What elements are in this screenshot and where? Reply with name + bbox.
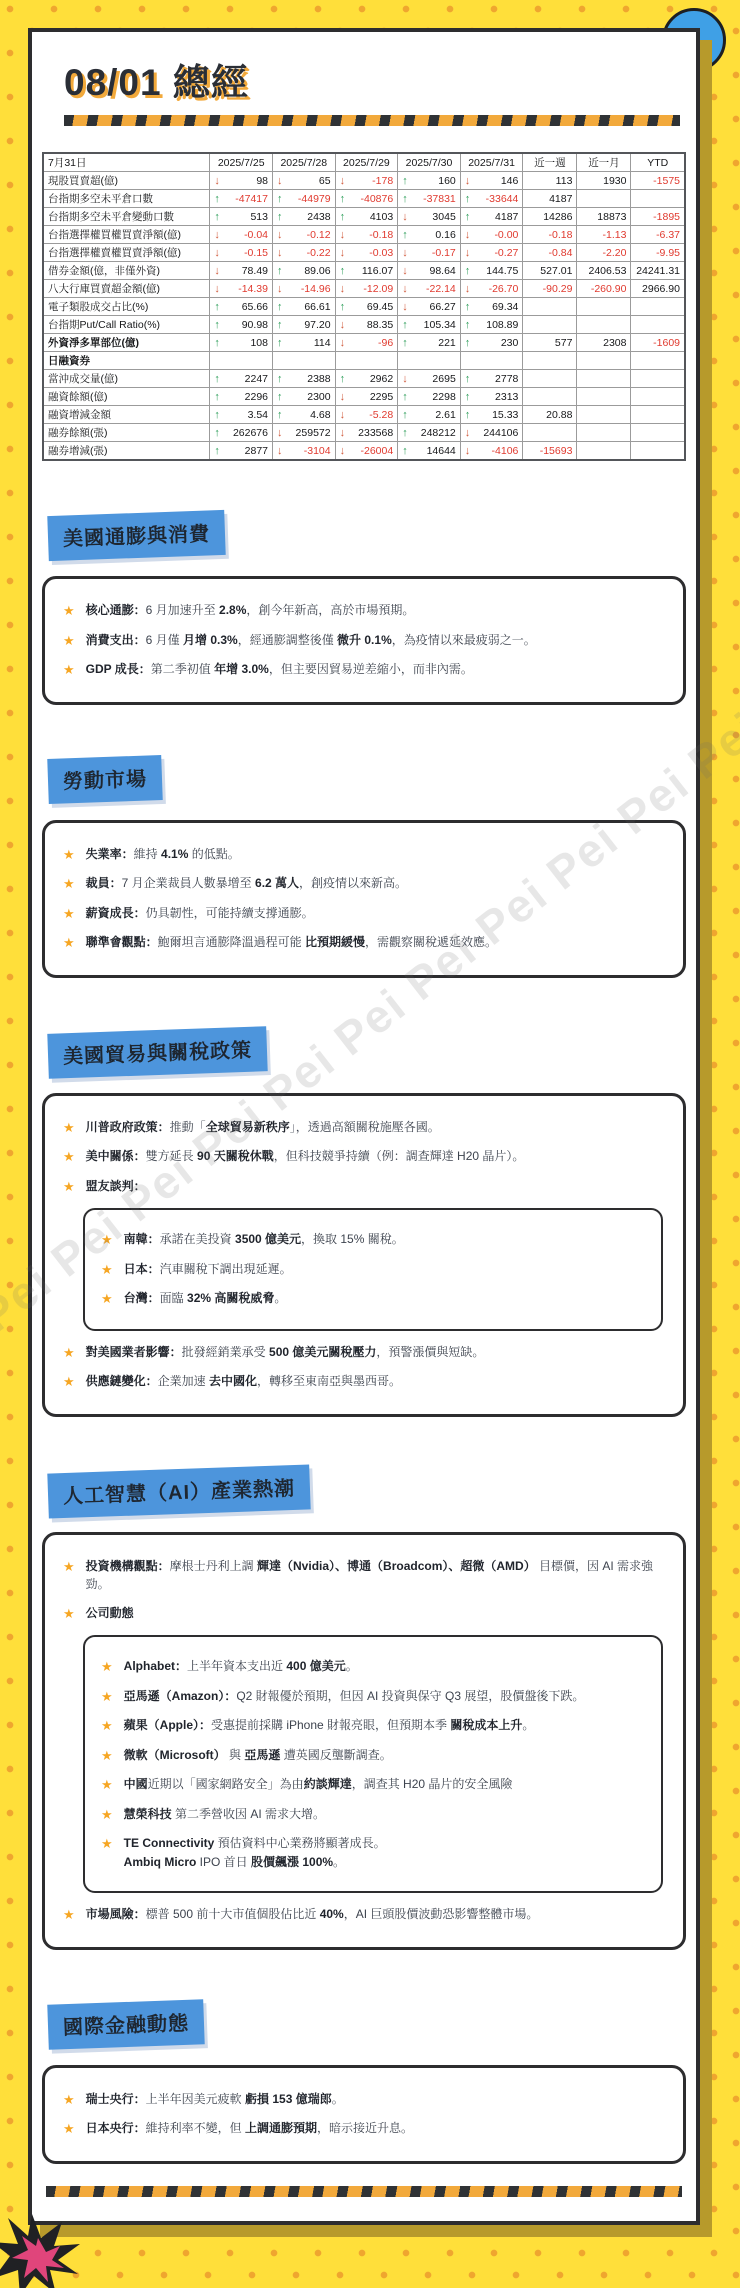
daily-cell-content: ↓-0.00 (465, 229, 519, 241)
daily-value: 15.33 (492, 409, 518, 421)
daily-value: 262676 (233, 427, 268, 439)
bold-text: 川普政府政策： (86, 1120, 170, 1134)
bold-text: 90 天關稅休戰 (197, 1149, 274, 1163)
row-label: 台指選擇權買權買賣淨額(億) (43, 226, 210, 244)
daily-cell-content: ↓98 (214, 175, 268, 187)
summary-value (631, 352, 685, 370)
daily-value: 2778 (495, 373, 518, 385)
daily-value: 108 (250, 337, 268, 349)
plain-text: 7 月企業裁員人數暴增至 (122, 876, 255, 890)
bold-text: TE Connectivity (124, 1836, 215, 1850)
up-arrow-icon: ↑ (340, 193, 346, 205)
summary-value: 2966.90 (631, 280, 685, 298)
daily-cell-content: ↑221 (402, 337, 456, 349)
summary-value (523, 298, 577, 316)
daily-cell (210, 352, 273, 370)
down-arrow-icon: ↓ (402, 373, 408, 385)
plain-text: 承諾在美投資 (160, 1232, 235, 1246)
bold-text: 投資機構觀點： (86, 1559, 170, 1573)
summary-value (631, 190, 685, 208)
bold-text: 供應鏈變化： (86, 1374, 158, 1388)
plain-text: 第二季營收因 AI 需求大增。 (172, 1807, 325, 1821)
list-item: ★日本央行：維持利率不變，但 上調通膨預期，暗示接近升息。 (63, 2119, 665, 2139)
down-arrow-icon: ↓ (465, 445, 471, 457)
section-title: 勞動市場 (47, 755, 163, 804)
plain-text: 。 (274, 1291, 286, 1305)
row-label: 台指選擇權賣權買賣淨額(億) (43, 244, 210, 262)
daily-cell-content: ↑3.54 (214, 409, 268, 421)
daily-cell-content: ↑-44979 (277, 193, 331, 205)
daily-cell-content: ↓2695 (402, 373, 456, 385)
bold-text: 公司動態 (86, 1606, 134, 1620)
list-item: ★美中關係：雙方延長 90 天關稅休戰，但科技競爭持續（例：調查輝達 H20 晶… (63, 1147, 665, 1167)
daily-cell: ↑69.45 (335, 298, 398, 316)
plain-text: 近期以「國家網路安全」為由 (148, 1777, 304, 1791)
bullet-text: 裁員：7 月企業裁員人數暴增至 6.2 萬人，創疫情以來新高。 (86, 874, 407, 893)
row-label: 八大行庫買賣超金額(億) (43, 280, 210, 298)
bold-text: 虧損 153 億瑞郎 (245, 2092, 332, 2106)
summary-value (577, 298, 631, 316)
row-label: 融資增減金額 (43, 406, 210, 424)
daily-cell: ↓-5.28 (335, 406, 398, 424)
up-arrow-icon: ↑ (402, 337, 408, 349)
row-label: 台指期多空未平倉變動口數 (43, 208, 210, 226)
daily-cell-content: ↑90.98 (214, 319, 268, 331)
bullet-text: TE Connectivity 預估資料中心業務將顯著成長。Ambiq Micr… (124, 1834, 386, 1871)
summary-value: -0.84 (523, 244, 577, 262)
plain-text: 企業加速 (158, 1374, 209, 1388)
list-item: ★GDP 成長：第二季初值 年增 3.0%，但主要因貿易逆差縮小，而非內需。 (63, 660, 665, 680)
list-item: ★蘋果（Apple）：受惠提前採購 iPhone 財報亮眼，但預期本季 關稅成本… (101, 1716, 645, 1736)
column-header: 7月31日 (43, 153, 210, 172)
table-row: 台指選擇權買權買賣淨額(億)↓-0.04↓-0.12↓-0.18↑0.16↓-0… (43, 226, 685, 244)
daily-value: 90.98 (242, 319, 268, 331)
daily-value: -26004 (360, 445, 393, 457)
nested-bullet-box: ★南韓：承諾在美投資 3500 億美元，換取 15% 關稅。★日本：汽車關稅下調… (83, 1208, 663, 1331)
list-item: ★慧榮科技 第二季營收因 AI 需求大增。 (101, 1805, 645, 1825)
table-row: 融資餘額(億)↑2296↑2300↓2295↑2298↑2313 (43, 388, 685, 406)
star-bullet-icon: ★ (63, 631, 75, 651)
row-label: 當沖成交量(億) (43, 370, 210, 388)
daily-cell-content: ↑14644 (402, 445, 456, 457)
list-item: ★消費支出：6 月僅 月增 0.3%，經通膨調整後僅 微升 0.1%，為疫情以來… (63, 631, 665, 651)
table-row: 當沖成交量(億)↑2247↑2388↑2962↓2695↑2778 (43, 370, 685, 388)
bullet-text: 微軟（Microsoft） 與 亞馬遜 遭英國反壟斷調查。 (124, 1746, 392, 1765)
daily-cell: ↑90.98 (210, 316, 273, 334)
summary-value (577, 406, 631, 424)
nested-bullet-box: ★Alphabet：上半年資本支出近 400 億美元。★亞馬遜（Amazon）：… (83, 1635, 663, 1893)
star-bullet-icon: ★ (101, 1775, 113, 1795)
list-item: ★薪資成長：仍具韌性，可能持續支撐通膨。 (63, 904, 665, 924)
daily-value: 0.16 (435, 229, 455, 241)
daily-cell-content: ↑2438 (277, 211, 331, 223)
daily-cell: ↓-12.09 (335, 280, 398, 298)
list-item: ★中國近期以「國家網路安全」為由約談輝達，調查其 H20 晶片的安全風險 (101, 1775, 645, 1795)
daily-value: 2962 (370, 373, 393, 385)
column-header: 2025/7/31 (460, 153, 523, 172)
star-bullet-icon: ★ (101, 1260, 113, 1280)
plain-text: 維持利率不變，但 (146, 2121, 245, 2135)
bullet-text: 失業率：維持 4.1% 的低點。 (86, 845, 240, 864)
daily-cell-content: ↑108 (214, 337, 268, 349)
row-label: 現股買賣超(億) (43, 172, 210, 190)
table-row: 融券增減(張)↑2877↓-3104↓-26004↑14644↓-4106-15… (43, 442, 685, 461)
summary-value (631, 298, 685, 316)
star-bullet-icon: ★ (63, 1604, 75, 1624)
daily-cell (335, 352, 398, 370)
daily-cell: ↑2298 (398, 388, 461, 406)
up-arrow-icon: ↑ (214, 409, 220, 421)
daily-value: -26.70 (489, 283, 519, 295)
table-row: 日融資券 (43, 352, 685, 370)
daily-value: -22.14 (426, 283, 456, 295)
star-bullet-icon: ★ (63, 1372, 75, 1392)
daily-cell: ↓-3104 (273, 442, 336, 461)
hazard-stripe-footer (46, 2186, 682, 2197)
sections: 美國通膨與消費★核心通膨：6 月加速升至 2.8%，創今年新高，高於市場預期。★… (42, 461, 686, 2164)
bold-text: 6.2 萬人 (255, 876, 299, 890)
bullet-text: 聯準會觀點：鮑爾坦言通膨降溫過程可能 比預期緩慢，需觀察關稅遞延效應。 (86, 933, 497, 952)
up-arrow-icon: ↑ (340, 211, 346, 223)
bold-text: 薪資成長： (86, 906, 146, 920)
daily-cell: ↓-14.39 (210, 280, 273, 298)
plain-text: 6 月僅 (146, 633, 183, 647)
daily-value: -0.17 (432, 247, 456, 259)
daily-cell: ↑105.34 (398, 316, 461, 334)
list-item: ★微軟（Microsoft） 與 亞馬遜 遭英國反壟斷調查。 (101, 1746, 645, 1766)
up-arrow-icon: ↑ (277, 409, 283, 421)
bold-text: 瑞士央行： (86, 2092, 146, 2106)
daily-cell-content: ↑4187 (465, 211, 519, 223)
star-bullet-icon: ★ (63, 1343, 75, 1363)
up-arrow-icon: ↑ (465, 373, 471, 385)
daily-value: 69.45 (367, 301, 393, 313)
bold-text: 關稅成本上升 (450, 1718, 522, 1732)
plain-text: ，需觀察關稅遞延效應。 (365, 935, 497, 949)
list-item: ★亞馬遜（Amazon）：Q2 財報優於預期，但因 AI 投資與保守 Q3 展望… (101, 1687, 645, 1707)
summary-value: 2308 (577, 334, 631, 352)
table-row: 融資增減金額↑3.54↑4.68↓-5.28↑2.61↑15.3320.88 (43, 406, 685, 424)
daily-cell-content: ↓-12.09 (340, 283, 394, 295)
daily-value: 105.34 (424, 319, 456, 331)
column-header: YTD (631, 153, 685, 172)
bold-text: 美中關係： (86, 1149, 146, 1163)
daily-cell-content: ↑69.34 (465, 301, 519, 313)
summary-value: 18873 (577, 208, 631, 226)
daily-cell: ↓-22.14 (398, 280, 461, 298)
down-arrow-icon: ↓ (277, 283, 283, 295)
section-title: 人工智慧（AI）產業熱潮 (47, 1464, 310, 1518)
daily-cell: ↑4103 (335, 208, 398, 226)
section-bullet-box: ★瑞士央行：上半年因美元疲軟 虧損 153 億瑞郎。★日本央行：維持利率不變，但… (42, 2065, 686, 2164)
daily-value: -12.09 (363, 283, 393, 295)
summary-value (577, 388, 631, 406)
plain-text: 鮑爾坦言通膨降溫過程可能 (158, 935, 305, 949)
daily-value: 2.61 (435, 409, 455, 421)
daily-value: 108.89 (486, 319, 518, 331)
summary-value: -90.29 (523, 280, 577, 298)
table-row: 外資淨多單部位(億)↑108↑114↓-96↑221↑2305772308-16… (43, 334, 685, 352)
daily-cell-content: ↓-26.70 (465, 283, 519, 295)
plain-text: 與 (226, 1748, 245, 1762)
daily-cell: ↑3.54 (210, 406, 273, 424)
bold-text: 全球貿易新秩序 (206, 1120, 290, 1134)
down-arrow-icon: ↓ (340, 175, 346, 187)
summary-value (631, 316, 685, 334)
bullet-text: 消費支出：6 月僅 月增 0.3%，經通膨調整後僅 微升 0.1%，為疫情以來最… (86, 631, 536, 650)
daily-cell: ↑108 (210, 334, 273, 352)
daily-cell-content: ↓259572 (277, 427, 331, 439)
bold-text: 年增 3.0% (214, 662, 269, 676)
daily-cell-content: ↑0.16 (402, 229, 456, 241)
bold-text: 月增 0.3% (183, 633, 238, 647)
daily-cell-content: ↑2300 (277, 391, 331, 403)
summary-value (631, 370, 685, 388)
bullet-text: Alphabet：上半年資本支出近 400 億美元。 (124, 1657, 358, 1676)
plain-text: 。 (333, 1855, 345, 1869)
daily-cell-content: ↑116.07 (340, 265, 394, 277)
star-bullet-icon: ★ (63, 845, 75, 865)
table-row: 現股買賣超(億)↓98↓65↓-178↑160↓1461131930-1575 (43, 172, 685, 190)
daily-cell-content: ↑15.33 (465, 409, 519, 421)
daily-value: -47417 (235, 193, 268, 205)
daily-value: 2300 (307, 391, 330, 403)
page-title: 08/01 總經 (64, 52, 686, 106)
plain-text: 維持 (134, 847, 161, 861)
table-row: 台指期多空未平倉變動口數↑513↑2438↑4103↓3045↑41871428… (43, 208, 685, 226)
daily-cell-content: ↓-14.96 (277, 283, 331, 295)
daily-value: 89.06 (304, 265, 330, 277)
daily-cell-content: ↑2962 (340, 373, 394, 385)
daily-cell-content: ↑69.45 (340, 301, 394, 313)
list-item: ★失業率：維持 4.1% 的低點。 (63, 845, 665, 865)
daily-cell-content: ↑2296 (214, 391, 268, 403)
down-arrow-icon: ↓ (277, 427, 283, 439)
daily-value: 3045 (432, 211, 455, 223)
up-arrow-icon: ↑ (465, 193, 471, 205)
daily-cell: ↑-44979 (273, 190, 336, 208)
daily-value: 221 (438, 337, 456, 349)
daily-value: 2438 (307, 211, 330, 223)
daily-value: 513 (250, 211, 268, 223)
daily-cell: ↑66.61 (273, 298, 336, 316)
down-arrow-icon: ↓ (402, 301, 408, 313)
daily-cell: ↓-4106 (460, 442, 523, 461)
column-header: 2025/7/29 (335, 153, 398, 172)
daily-cell-content: ↓98.64 (402, 265, 456, 277)
section-title: 美國通膨與消費 (47, 510, 225, 561)
up-arrow-icon: ↑ (402, 391, 408, 403)
plain-text: ，轉移至東南亞與墨西哥。 (257, 1374, 401, 1388)
daily-cell: ↓66.27 (398, 298, 461, 316)
plain-text: 汽車關稅下調出現延遲。 (160, 1262, 292, 1276)
up-arrow-icon: ↑ (214, 301, 220, 313)
daily-cell: ↓98.64 (398, 262, 461, 280)
up-arrow-icon: ↑ (277, 337, 283, 349)
daily-value: -37831 (423, 193, 456, 205)
list-item: ★對美國業者影響：批發經銷業承受 500 億美元關稅壓力，預警漲價與短缺。 (63, 1343, 665, 1363)
bold-text: Alphabet： (124, 1659, 187, 1673)
up-arrow-icon: ↑ (340, 265, 346, 277)
down-arrow-icon: ↓ (214, 229, 220, 241)
section-bullet-box: ★失業率：維持 4.1% 的低點。★裁員：7 月企業裁員人數暴增至 6.2 萬人… (42, 820, 686, 978)
up-arrow-icon: ↑ (214, 373, 220, 385)
daily-cell: ↑-47417 (210, 190, 273, 208)
daily-value: 88.35 (367, 319, 393, 331)
summary-value (523, 370, 577, 388)
bold-text: 台灣： (124, 1291, 160, 1305)
daily-value: -0.12 (307, 229, 331, 241)
daily-cell: ↓-178 (335, 172, 398, 190)
daily-cell: ↑2.61 (398, 406, 461, 424)
bold-text: 4.1% (161, 847, 188, 861)
daily-cell-content: ↓-0.27 (465, 247, 519, 259)
macro-table-head: 7月31日2025/7/252025/7/282025/7/292025/7/3… (43, 153, 685, 172)
down-arrow-icon: ↓ (402, 265, 408, 277)
daily-value: -44979 (298, 193, 331, 205)
plain-text: 標普 500 前十大市值個股佔比近 (146, 1907, 320, 1921)
up-arrow-icon: ↑ (214, 427, 220, 439)
plain-text: ，暗示接近升息。 (317, 2121, 413, 2135)
daily-value: 69.34 (492, 301, 518, 313)
star-bullet-icon: ★ (63, 1118, 75, 1138)
daily-cell-content: ↓-0.22 (277, 247, 331, 259)
down-arrow-icon: ↓ (340, 409, 346, 421)
up-arrow-icon: ↑ (214, 445, 220, 457)
section-header-wrap: 美國貿易與關稅政策 (42, 978, 686, 1075)
daily-value: 2247 (245, 373, 268, 385)
summary-value: 2406.53 (577, 262, 631, 280)
daily-cell: ↑116.07 (335, 262, 398, 280)
summary-value: -1895 (631, 208, 685, 226)
daily-cell: ↓-0.22 (273, 244, 336, 262)
bold-text: 蘋果（Apple）： (124, 1718, 211, 1732)
plain-text: 上半年資本支出近 (187, 1659, 286, 1673)
row-label: 融資餘額(億) (43, 388, 210, 406)
down-arrow-icon: ↓ (214, 247, 220, 259)
bullet-text: 台灣：面臨 32% 高關稅威脅。 (124, 1289, 287, 1308)
down-arrow-icon: ↓ (402, 283, 408, 295)
daily-cell-content: ↑248212 (402, 427, 456, 439)
up-arrow-icon: ↑ (465, 409, 471, 421)
list-item: ★日本：汽車關稅下調出現延遲。 (101, 1260, 645, 1280)
up-arrow-icon: ↑ (277, 265, 283, 277)
daily-value: 2877 (245, 445, 268, 457)
bullet-text: 公司動態 (86, 1604, 134, 1623)
daily-cell-content: ↓66.27 (402, 301, 456, 313)
summary-value: 20.88 (523, 406, 577, 424)
hazard-stripe-divider (64, 115, 680, 126)
section-bullet-box: ★川普政府政策：推動「全球貿易新秩序」，透過高額關稅施壓各國。★美中關係：雙方延… (42, 1093, 686, 1417)
star-bullet-icon: ★ (63, 660, 75, 680)
list-item: ★川普政府政策：推動「全球貿易新秩序」，透過高額關稅施壓各國。 (63, 1118, 665, 1138)
plain-text: IPO 首日 (196, 1855, 251, 1869)
daily-value: -96 (378, 337, 393, 349)
daily-cell: ↓2295 (335, 388, 398, 406)
down-arrow-icon: ↓ (465, 283, 471, 295)
daily-cell-content: ↓-0.03 (340, 247, 394, 259)
bullet-text: 瑞士央行：上半年因美元疲軟 虧損 153 億瑞郎。 (86, 2090, 344, 2109)
bullet-text: 日本央行：維持利率不變，但 上調通膨預期，暗示接近升息。 (86, 2119, 413, 2138)
down-arrow-icon: ↓ (214, 175, 220, 187)
row-label: 借券金額(億，非僅外資) (43, 262, 210, 280)
column-header: 2025/7/30 (398, 153, 461, 172)
star-bullet-icon: ★ (63, 1147, 75, 1167)
daily-cell: ↓-0.00 (460, 226, 523, 244)
bullet-text: 美中關係：雙方延長 90 天關稅休戰，但科技競爭持續（例：調查輝達 H20 晶片… (86, 1147, 525, 1166)
star-bullet-icon: ★ (63, 601, 75, 621)
daily-cell: ↑-33644 (460, 190, 523, 208)
daily-cell: ↓-0.15 (210, 244, 273, 262)
daily-cell: ↑69.34 (460, 298, 523, 316)
bold-text: 消費支出： (86, 633, 146, 647)
daily-cell: ↑0.16 (398, 226, 461, 244)
bullet-text: GDP 成長：第二季初值 年增 3.0%，但主要因貿易逆差縮小，而非內需。 (86, 660, 473, 679)
daily-cell: ↑97.20 (273, 316, 336, 334)
summary-value: -1575 (631, 172, 685, 190)
up-arrow-icon: ↑ (277, 373, 283, 385)
bold-text: 盟友談判： (86, 1179, 146, 1193)
daily-cell: ↑14644 (398, 442, 461, 461)
up-arrow-icon: ↑ (402, 445, 408, 457)
bullet-text: 對美國業者影響：批發經銷業承受 500 億美元關稅壓力，預警漲價與短缺。 (86, 1343, 485, 1362)
down-arrow-icon: ↓ (277, 229, 283, 241)
daily-cell-content: ↓2295 (340, 391, 394, 403)
bold-text: 核心通膨： (86, 603, 146, 617)
star-bullet-icon: ★ (63, 874, 75, 894)
up-arrow-icon: ↑ (402, 319, 408, 331)
daily-value: 146 (501, 175, 519, 187)
up-arrow-icon: ↑ (214, 193, 220, 205)
plain-text: ，調查其 H20 晶片的安全風險 (352, 1777, 513, 1791)
summary-value: -0.18 (523, 226, 577, 244)
bullet-text: 盟友談判： (86, 1177, 146, 1196)
up-arrow-icon: ↑ (465, 391, 471, 403)
daily-value: -0.03 (369, 247, 393, 259)
up-arrow-icon: ↑ (402, 427, 408, 439)
down-arrow-icon: ↓ (340, 391, 346, 403)
daily-cell-content: ↑-33644 (465, 193, 519, 205)
plain-text: 上半年因美元疲軟 (146, 2092, 245, 2106)
down-arrow-icon: ↓ (214, 283, 220, 295)
table-header-row: 7月31日2025/7/252025/7/282025/7/292025/7/3… (43, 153, 685, 172)
daily-cell (273, 352, 336, 370)
list-item: ★聯準會觀點：鮑爾坦言通膨降溫過程可能 比預期緩慢，需觀察關稅遞延效應。 (63, 933, 665, 953)
bullet-text: 蘋果（Apple）：受惠提前採購 iPhone 財報亮眼，但預期本季 關稅成本上… (124, 1716, 535, 1735)
bold-text: 上調通膨預期 (245, 2121, 317, 2135)
up-arrow-icon: ↑ (465, 211, 471, 223)
star-bullet-icon: ★ (101, 1834, 113, 1854)
bold-text: 失業率： (86, 847, 134, 861)
plain-text: Q2 財報優於預期，但因 AI 投資與保守 Q3 展望，股價盤後下跌。 (236, 1689, 584, 1703)
list-item: ★Alphabet：上半年資本支出近 400 億美元。 (101, 1657, 645, 1677)
starburst-decoration (0, 2212, 80, 2288)
bold-text: GDP 成長： (86, 662, 151, 676)
daily-cell: ↑144.75 (460, 262, 523, 280)
daily-value: -0.04 (244, 229, 268, 241)
plain-text: 。 (522, 1718, 534, 1732)
plain-text: 面臨 (160, 1291, 187, 1305)
daily-cell: ↓146 (460, 172, 523, 190)
daily-cell-content: ↑2.61 (402, 409, 456, 421)
up-arrow-icon: ↑ (402, 409, 408, 421)
daily-cell-content: ↑-37831 (402, 193, 456, 205)
daily-cell: ↑4187 (460, 208, 523, 226)
summary-value (577, 370, 631, 388)
daily-cell: ↑248212 (398, 424, 461, 442)
summary-value (631, 406, 685, 424)
star-bullet-icon: ★ (63, 1557, 75, 1577)
